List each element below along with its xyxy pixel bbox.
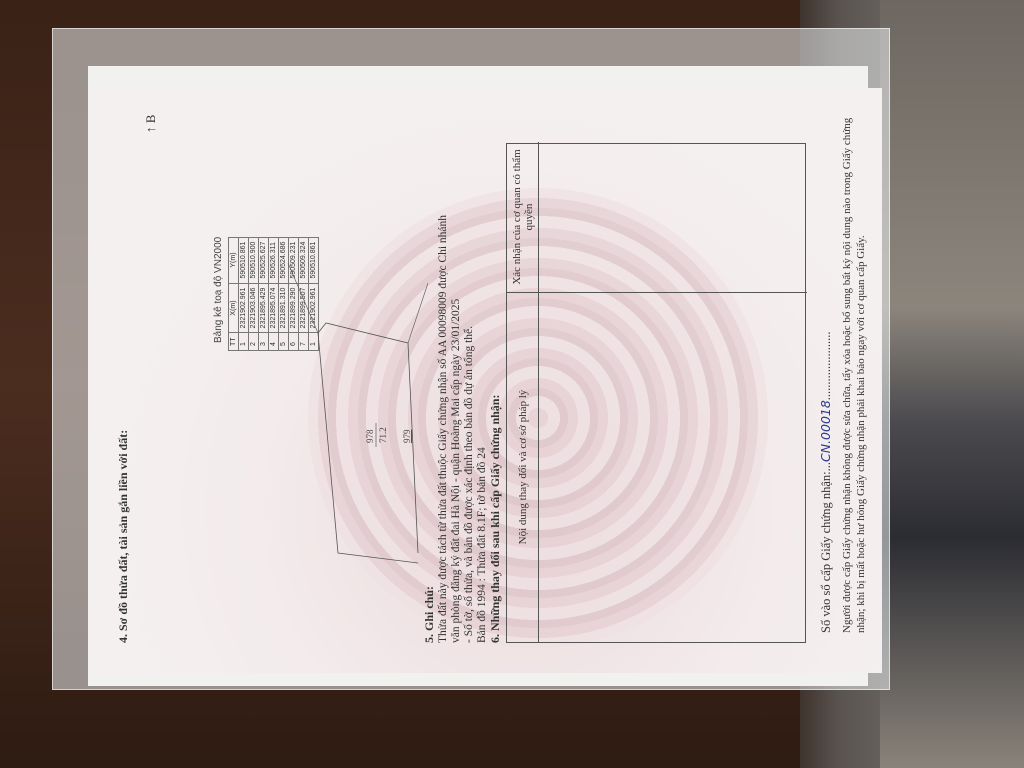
svg-text:979: 979 bbox=[402, 429, 412, 443]
svg-text:978: 978 bbox=[365, 429, 375, 443]
registry-number: Số vào sổ cấp Giấy chứng nhận:...CN.0001… bbox=[818, 331, 834, 633]
parcel-sketch: 978 71.2 979 bbox=[278, 243, 428, 583]
coord-row: 32321895.429590525.627 bbox=[259, 237, 269, 350]
coord-row: 22321903.046590510.900 bbox=[249, 237, 259, 350]
coord-row: 12321902.961590510.861 bbox=[239, 237, 249, 350]
background-cloth bbox=[880, 0, 1024, 768]
warning-text: Người được cấp Giấy chứng nhận không đượ… bbox=[840, 113, 868, 633]
coord-row: 42321895.074590526.311 bbox=[269, 237, 279, 350]
section5-notes: 5. Ghi chú: Thửa đất này được tách từ th… bbox=[423, 103, 503, 643]
changes-col2-header: Xác nhận của cơ quan có thẩm quyền bbox=[507, 142, 539, 292]
coord-table-title: Bảng kê toạ độ VN2000 bbox=[213, 237, 224, 343]
certificate-page: 4. Sơ đồ thửa đất, tài sản gắn liền với … bbox=[88, 88, 882, 673]
changes-col1-header: Nội dung thay đổi và cơ sở pháp lý bbox=[507, 292, 539, 642]
section4-title: 4. Sơ đồ thửa đất, tài sản gắn liền với … bbox=[116, 430, 131, 643]
svg-text:71.2: 71.2 bbox=[378, 427, 388, 443]
changes-table: Nội dung thay đổi và cơ sở pháp lý Xác n… bbox=[506, 143, 806, 643]
north-arrow-icon: ↑ B bbox=[143, 115, 159, 133]
